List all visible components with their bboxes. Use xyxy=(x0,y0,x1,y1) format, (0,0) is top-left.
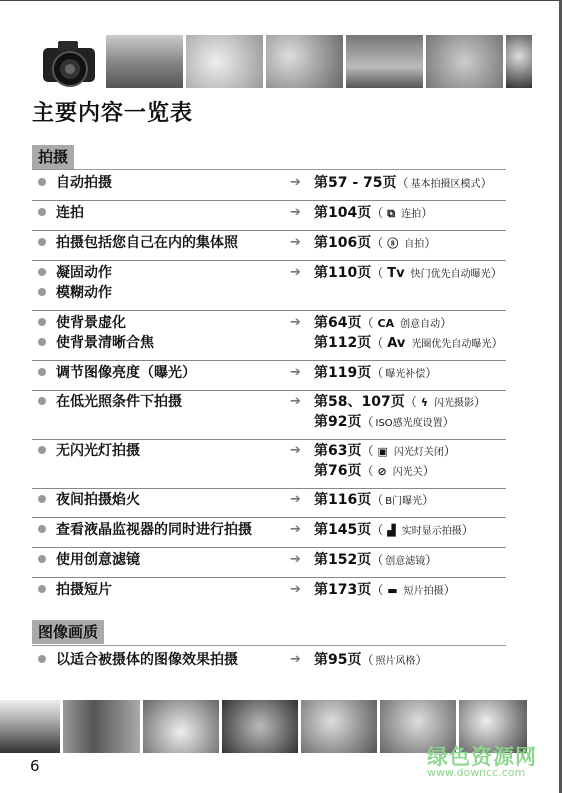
cliff-photo xyxy=(0,700,60,753)
topic-label: 模糊动作 xyxy=(56,282,290,302)
topic-label: 拍摄包括您自己在内的集体照 xyxy=(56,232,290,252)
cicada-photo xyxy=(63,700,140,753)
arrow-icon: ➔ xyxy=(290,394,314,409)
reference-note: 闪光灯关闭 xyxy=(394,447,444,458)
paren-close: ） xyxy=(425,366,437,380)
paren-open: （ xyxy=(371,236,383,250)
page-reference[interactable]: 第63页（▣闪光灯关闭） xyxy=(314,440,456,460)
camera-image xyxy=(40,36,98,92)
page-link[interactable]: 第112页 xyxy=(314,335,371,351)
continuous-drive-icon: ⧉ xyxy=(387,207,395,221)
topic-label: 查看液晶监视器的同时进行拍摄 xyxy=(56,519,290,539)
bullet-icon xyxy=(38,655,46,663)
page-reference[interactable]: 第110页（Tv快门优先自动曝光） xyxy=(314,262,503,282)
topic-label: 无闪光灯拍摄 xyxy=(56,440,290,460)
bullet-icon xyxy=(38,268,46,276)
page-link[interactable]: 第57 - 75页 xyxy=(314,175,397,191)
table-row: 以适合被摄体的图像效果拍摄➔第95页（照片风格） xyxy=(32,649,506,673)
page-link[interactable]: 第116页 xyxy=(314,492,371,508)
arrow-icon: ➔ xyxy=(290,443,314,458)
arrow-icon: ➔ xyxy=(290,175,314,190)
arrow-icon: ➔ xyxy=(290,522,314,537)
table-row: 无闪光灯拍摄➔第63页（▣闪光灯关闭）➔第76页（⊘闪光关） xyxy=(32,440,506,489)
topic-label: 凝固动作 xyxy=(56,262,290,282)
section-rule xyxy=(32,169,506,170)
page-top-border xyxy=(0,0,562,1)
paren-open: （ xyxy=(361,316,373,330)
lotus-photo xyxy=(143,700,219,753)
paren-close: ） xyxy=(443,415,455,429)
section-header-shooting: 拍摄 xyxy=(32,145,74,169)
bullet-icon xyxy=(38,555,46,563)
table-row: 夜间拍摄焰火➔第116页（B门曝光） xyxy=(32,489,506,518)
page-link[interactable]: 第76页 xyxy=(314,463,361,479)
page-reference[interactable]: 第145页（▟实时显示拍摄） xyxy=(314,519,474,539)
mode-av-icon: Av xyxy=(387,336,405,351)
topic-label: 使背景虚化 xyxy=(56,312,290,332)
reference-note: B门曝光 xyxy=(385,496,422,507)
row-line: 调节图像亮度（曝光）➔第119页（曝光补偿） xyxy=(32,362,506,382)
paren-open: （ xyxy=(371,336,383,350)
bullet-icon xyxy=(38,208,46,216)
creative-auto-icon: CA xyxy=(378,317,395,330)
paren-open: （ xyxy=(371,523,383,537)
row-line: ➔第92页（ISO感光度设置） xyxy=(32,411,506,431)
flash-off-mode-icon: ▣ xyxy=(378,445,388,458)
paren-close: ） xyxy=(491,266,503,280)
table-row: 连拍➔第104页（⧉连拍） xyxy=(32,202,506,231)
row-line: ➔第76页（⊘闪光关） xyxy=(32,460,506,480)
page-reference[interactable]: 第173页（▬短片拍摄） xyxy=(314,579,456,599)
paren-close: ） xyxy=(444,583,456,597)
fireworks-photo xyxy=(222,700,298,753)
flowers-photo xyxy=(426,35,503,88)
page-link[interactable]: 第58、107页 xyxy=(314,394,405,410)
page-reference[interactable]: 第58、107页（ϟ闪光摄影） xyxy=(314,391,486,411)
bullet-icon xyxy=(38,495,46,503)
paren-close: ） xyxy=(425,553,437,567)
paren-close: ） xyxy=(440,316,452,330)
table-row: 在低光照条件下拍摄➔第58、107页（ϟ闪光摄影）➔第92页（ISO感光度设置） xyxy=(32,391,506,440)
daisy-photo xyxy=(301,700,377,753)
page-reference[interactable]: 第64页（CA创意自动） xyxy=(314,312,452,332)
reference-note: 闪光关 xyxy=(393,467,423,478)
topic-label: 以适合被摄体的图像效果拍摄 xyxy=(56,649,290,669)
bullet-icon xyxy=(38,525,46,533)
paren-close: ） xyxy=(444,444,456,458)
topic-label: 使背景清晰合焦 xyxy=(56,332,290,352)
paren-close: ） xyxy=(491,336,503,350)
page-link[interactable]: 第95页 xyxy=(314,652,361,668)
topic-label: 使用创意滤镜 xyxy=(56,549,290,569)
movie-icon: ▬ xyxy=(387,584,397,597)
row-line: 以适合被摄体的图像效果拍摄➔第95页（照片风格） xyxy=(32,649,506,669)
page-reference[interactable]: 第104页（⧉连拍） xyxy=(314,202,433,222)
table-row: 查看液晶监视器的同时进行拍摄➔第145页（▟实时显示拍摄） xyxy=(32,519,506,548)
bullet-icon xyxy=(38,446,46,454)
page-reference[interactable]: 第152页（创意滤镜） xyxy=(314,549,437,569)
page-link[interactable]: 第152页 xyxy=(314,552,371,568)
topic-label: 拍摄短片 xyxy=(56,579,290,599)
table-row: 自动拍摄➔第57 - 75页（基本拍摄区模式） xyxy=(32,172,506,201)
paren-open: （ xyxy=(371,493,383,507)
page-reference[interactable]: 第119页（曝光补偿） xyxy=(314,362,437,382)
arrow-icon: ➔ xyxy=(290,365,314,380)
paren-open: （ xyxy=(361,464,373,478)
arrow-icon: ➔ xyxy=(290,235,314,250)
arrow-icon: ➔ xyxy=(290,265,314,280)
arrow-icon: ➔ xyxy=(290,315,314,330)
arrow-icon: ➔ xyxy=(290,492,314,507)
paren-close: ） xyxy=(481,176,493,190)
page-reference[interactable]: 第112页（Av光圈优先自动曝光） xyxy=(314,332,503,352)
paren-close: ） xyxy=(424,236,436,250)
reference-note: 照片风格 xyxy=(376,656,416,667)
row-line: 拍摄短片➔第173页（▬短片拍摄） xyxy=(32,579,506,599)
bullet-icon xyxy=(38,368,46,376)
reference-note: 短片拍摄 xyxy=(404,586,444,597)
paren-open: （ xyxy=(361,415,373,429)
paren-open: （ xyxy=(361,653,373,667)
page-reference[interactable]: 第76页（⊘闪光关） xyxy=(314,460,435,480)
paren-open: （ xyxy=(361,444,373,458)
paren-open: （ xyxy=(405,395,417,409)
section-rule xyxy=(32,645,506,646)
page-link[interactable]: 第104页 xyxy=(314,205,371,221)
paren-close: ） xyxy=(416,653,428,667)
paren-open: （ xyxy=(371,366,383,380)
swan-photo xyxy=(186,35,263,88)
topic-label: 连拍 xyxy=(56,202,290,222)
page-title: 主要内容一览表 xyxy=(32,96,193,127)
self-timer-icon: ⓢ xyxy=(387,235,398,251)
topic-label: 自动拍摄 xyxy=(56,172,290,192)
plum-blossom-photo xyxy=(266,35,343,88)
reference-note: 光圈优先自动曝光 xyxy=(411,339,491,350)
table-row: 拍摄短片➔第173页（▬短片拍摄） xyxy=(32,579,506,605)
topic-label: 夜间拍摄焰火 xyxy=(56,489,290,509)
reference-note: ISO感光度设置 xyxy=(376,418,443,429)
page-link[interactable]: 第119页 xyxy=(314,365,371,381)
bullet-icon xyxy=(38,238,46,246)
paren-close: ） xyxy=(421,206,433,220)
row-line: 自动拍摄➔第57 - 75页（基本拍摄区模式） xyxy=(32,172,506,192)
paren-close: ） xyxy=(474,395,486,409)
bullet-icon xyxy=(38,585,46,593)
paren-open: （ xyxy=(371,553,383,567)
flash-off-icon: ⊘ xyxy=(378,465,387,478)
arrow-icon: ➔ xyxy=(290,582,314,597)
flash-icon: ϟ xyxy=(421,396,428,409)
row-line: 使背景虚化➔第64页（CA创意自动） xyxy=(32,312,506,332)
paren-close: ） xyxy=(462,523,474,537)
reference-note: 自拍 xyxy=(404,239,424,250)
paren-close: ） xyxy=(422,493,434,507)
row-line: 使背景清晰合焦➔第112页（Av光圈优先自动曝光） xyxy=(32,332,506,352)
page-link[interactable]: 第92页 xyxy=(314,414,361,430)
arrow-icon: ➔ xyxy=(290,205,314,220)
page-number: 6 xyxy=(30,757,40,775)
row-line: 查看液晶监视器的同时进行拍摄➔第145页（▟实时显示拍摄） xyxy=(32,519,506,539)
row-line: 拍摄包括您自己在内的集体照➔第106页（ⓢ自拍） xyxy=(32,232,506,252)
arrow-icon: ➔ xyxy=(290,652,314,667)
watermark-url: www.downcc.com xyxy=(427,766,525,779)
section-header-image-quality: 图像画质 xyxy=(32,620,104,644)
topic-label: 在低光照条件下拍摄 xyxy=(56,391,290,411)
table-row: 拍摄包括您自己在内的集体照➔第106页（ⓢ自拍） xyxy=(32,232,506,261)
row-line: 连拍➔第104页（⧉连拍） xyxy=(32,202,506,222)
reference-note: 快门优先自动曝光 xyxy=(411,269,491,280)
page-link[interactable]: 第63页 xyxy=(314,443,361,459)
bullet-icon xyxy=(38,178,46,186)
table-row: 凝固动作➔第110页（Tv快门优先自动曝光）模糊动作➔ xyxy=(32,262,506,311)
topic-label: 调节图像亮度（曝光） xyxy=(56,362,290,382)
page-reference[interactable]: 第92页（ISO感光度设置） xyxy=(314,411,455,431)
bullet-icon xyxy=(38,338,46,346)
row-line: 使用创意滤镜➔第152页（创意滤镜） xyxy=(32,549,506,569)
arrow-icon: ➔ xyxy=(290,552,314,567)
row-line: 凝固动作➔第110页（Tv快门优先自动曝光） xyxy=(32,262,506,282)
page-link[interactable]: 第106页 xyxy=(314,235,371,251)
reference-note: 实时显示拍摄 xyxy=(402,526,462,537)
bullet-icon xyxy=(38,318,46,326)
table-row: 使用创意滤镜➔第152页（创意滤镜） xyxy=(32,549,506,578)
row-line: 模糊动作➔ xyxy=(32,282,506,302)
page-link[interactable]: 第110页 xyxy=(314,265,371,281)
reference-note: 基本拍摄区模式 xyxy=(411,179,481,190)
row-line: 在低光照条件下拍摄➔第58、107页（ϟ闪光摄影） xyxy=(32,391,506,411)
reference-note: 闪光摄影 xyxy=(434,398,474,409)
mountain-photo xyxy=(106,35,183,88)
paren-close: ） xyxy=(423,464,435,478)
paren-open: （ xyxy=(397,176,409,190)
bullet-icon xyxy=(38,397,46,405)
top-photo-strip xyxy=(106,35,532,88)
paren-open: （ xyxy=(371,266,383,280)
table-row: 调节图像亮度（曝光）➔第119页（曝光补偿） xyxy=(32,362,506,391)
paren-open: （ xyxy=(371,583,383,597)
page-link[interactable]: 第173页 xyxy=(314,582,371,598)
page-reference[interactable]: 第116页（B门曝光） xyxy=(314,489,434,509)
live-view-icon: ▟ xyxy=(387,524,395,537)
page-reference[interactable]: 第57 - 75页（基本拍摄区模式） xyxy=(314,172,493,192)
blossom-photo xyxy=(506,35,532,88)
page-reference[interactable]: 第95页（照片风格） xyxy=(314,649,428,669)
page-link[interactable]: 第145页 xyxy=(314,522,371,538)
reference-note: 曝光补偿 xyxy=(385,369,425,380)
mode-tv-icon: Tv xyxy=(387,266,404,281)
row-line: 夜间拍摄焰火➔第116页（B门曝光） xyxy=(32,489,506,509)
reference-note: 连拍 xyxy=(401,209,421,220)
reference-note: 创意自动 xyxy=(400,319,440,330)
table-row: 使背景虚化➔第64页（CA创意自动）使背景清晰合焦➔第112页（Av光圈优先自动… xyxy=(32,312,506,361)
bullet-icon xyxy=(38,288,46,296)
tulip-photo xyxy=(346,35,423,88)
page-reference[interactable]: 第106页（ⓢ自拍） xyxy=(314,232,436,252)
paren-open: （ xyxy=(371,206,383,220)
reference-note: 创意滤镜 xyxy=(385,556,425,567)
row-line: 无闪光灯拍摄➔第63页（▣闪光灯关闭） xyxy=(32,440,506,460)
page-link[interactable]: 第64页 xyxy=(314,315,361,331)
